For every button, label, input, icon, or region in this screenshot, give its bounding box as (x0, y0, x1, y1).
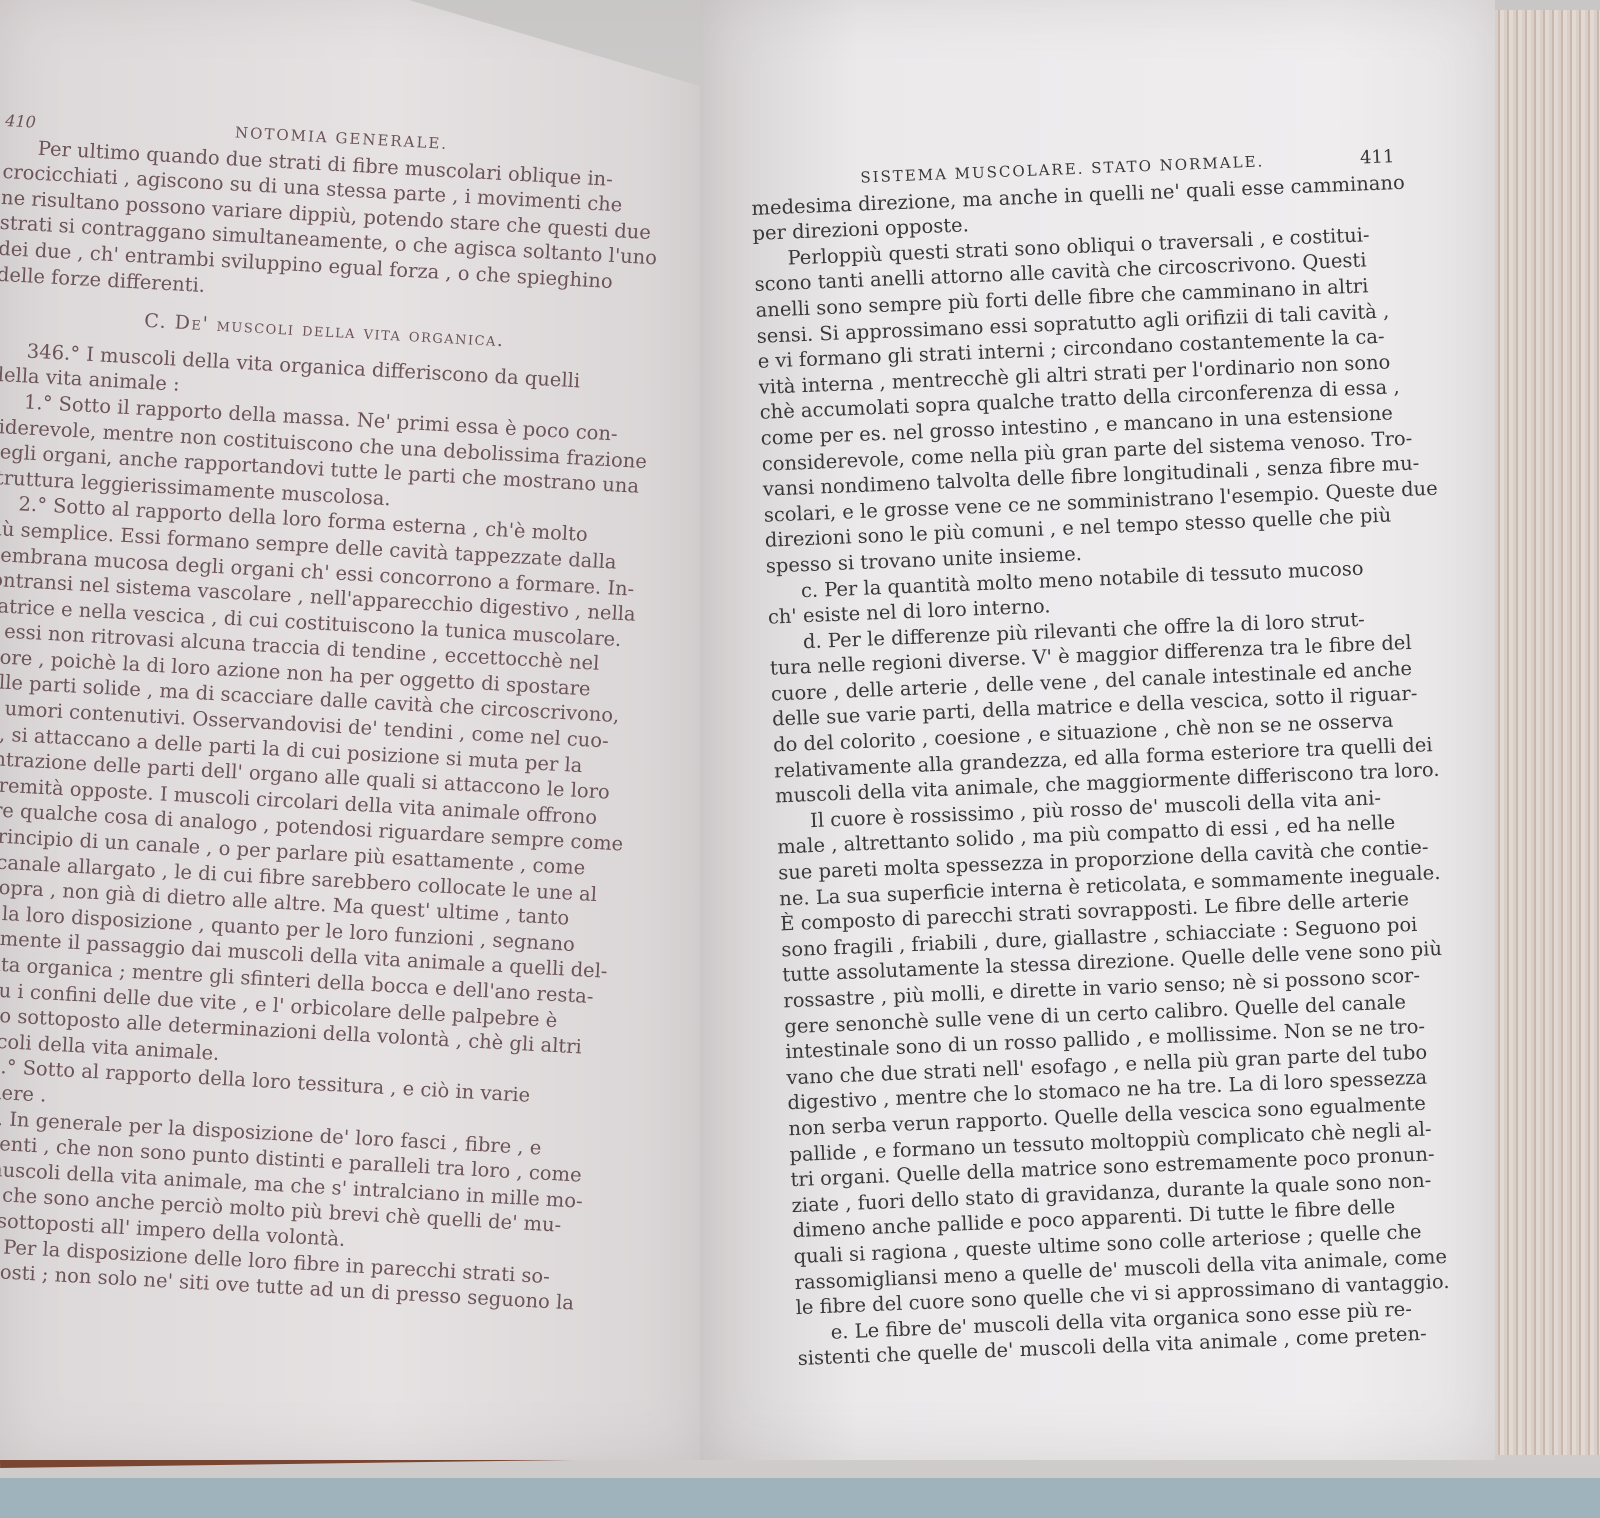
left-page: NOTOMIA GENERALE. 410 Per ultimo quando … (0, 0, 705, 1460)
table-surface (0, 1478, 1600, 1518)
right-lines: medesima direzione, ma anche in quelli n… (751, 169, 1458, 1372)
left-page-number: 410 (5, 108, 37, 135)
left-paragraphs: 346.° I muscoli della vita organica diff… (0, 336, 653, 1317)
right-page-number: 411 (1360, 144, 1395, 171)
right-page-text: SISTEMA MUSCOLARE. STATO NORMALE. 411 me… (750, 144, 1458, 1372)
left-page-text: NOTOMIA GENERALE. 410 Per ultimo quando … (0, 108, 665, 1318)
book-fore-edge (1495, 10, 1600, 1455)
